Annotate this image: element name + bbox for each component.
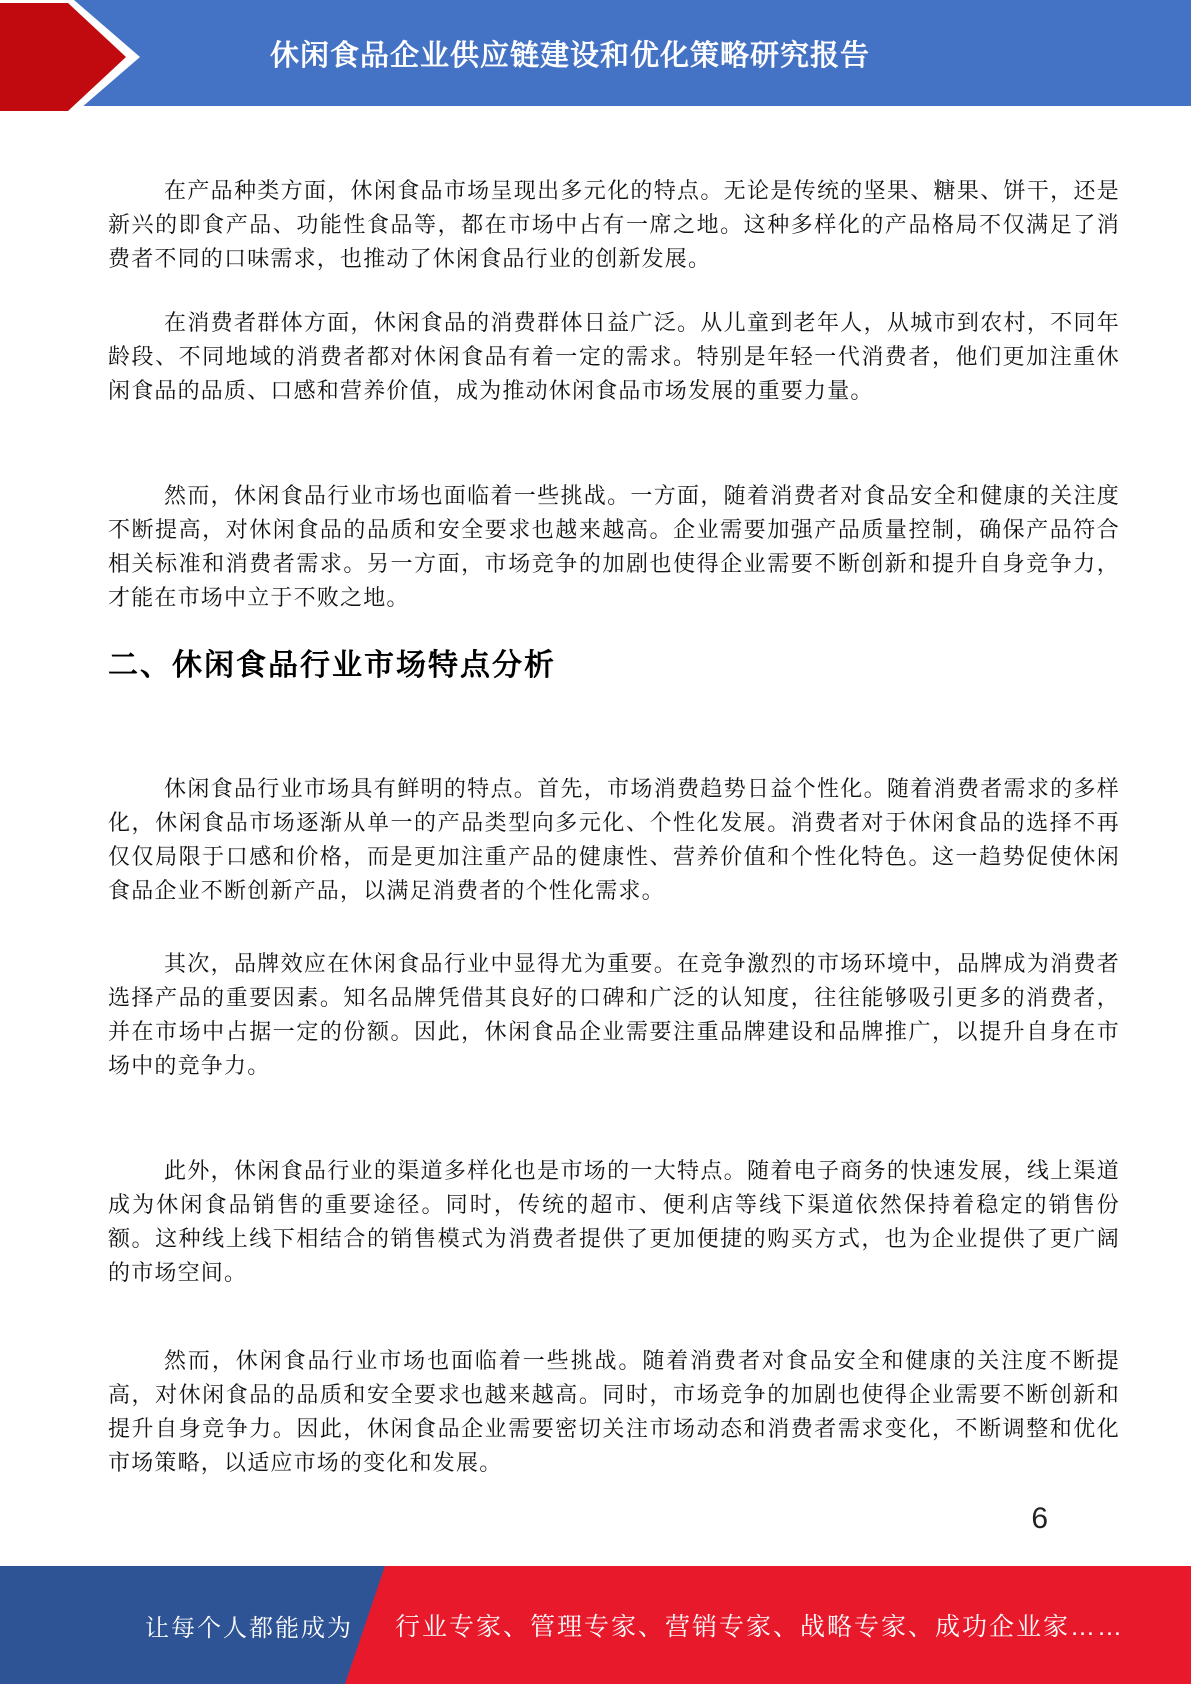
footer-slogan-right: 行业专家、管理专家、营销专家、战略专家、成功企业家…… [395, 1566, 1124, 1684]
report-title: 休闲食品企业供应链建设和优化策略研究报告 [160, 0, 980, 106]
paragraph: 在消费者群体方面，休闲食品的消费群体日益广泛。从儿童到老年人，从城市到农村，不同… [108, 306, 1120, 408]
report-page: { "header": { "title": "休闲食品企业供应链建设和优化策略… [0, 0, 1191, 1684]
header-band: 休闲食品企业供应链建设和优化策略研究报告 [0, 0, 1191, 106]
paragraph: 然而，休闲食品行业市场也面临着一些挑战。随着消费者对食品安全和健康的关注度不断提… [108, 1344, 1120, 1480]
paragraph: 在产品种类方面，休闲食品市场呈现出多元化的特点。无论是传统的坚果、糖果、饼干，还… [108, 174, 1120, 276]
page-number: 6 [1031, 1502, 1048, 1536]
paragraph: 此外，休闲食品行业的渠道多样化也是市场的一大特点。随着电子商务的快速发展，线上渠… [108, 1154, 1120, 1290]
paragraph: 休闲食品行业市场具有鲜明的特点。首先，市场消费趋势日益个性化。随着消费者需求的多… [108, 772, 1120, 908]
document-body: 在产品种类方面，休闲食品市场呈现出多元化的特点。无论是传统的坚果、糖果、饼干，还… [108, 106, 1120, 1480]
footer-slogan-left: 让每个人都能成为 [145, 1566, 353, 1684]
paragraph: 然而，休闲食品行业市场也面临着一些挑战。一方面，随着消费者对食品安全和健康的关注… [108, 479, 1120, 615]
arrow-icon [0, 0, 160, 114]
paragraph: 其次，品牌效应在休闲食品行业中显得尤为重要。在竞争激烈的市场环境中，品牌成为消费… [108, 947, 1120, 1083]
footer: 让每个人都能成为 行业专家、管理专家、营销专家、战略专家、成功企业家…… [0, 1566, 1191, 1684]
section-heading: 二、休闲食品行业市场特点分析 [108, 644, 1120, 688]
